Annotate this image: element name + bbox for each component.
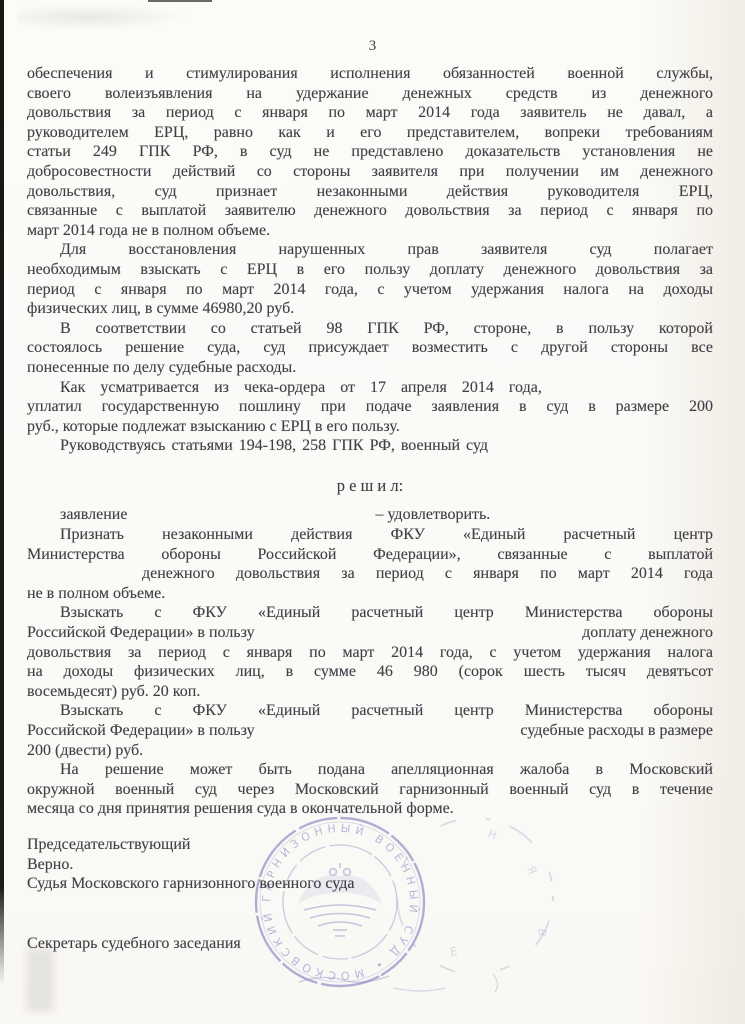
- signature-block: ПредседательствующийВерно.Судья Московск…: [27, 835, 713, 894]
- text-line: Председательствующий: [27, 835, 713, 855]
- paragraph-restoration-of-rights: Для восстановления нарушенных прав заяви…: [27, 240, 713, 318]
- paragraph-article-98: В соответствии со статьей 98 ГПК РФ, сто…: [27, 319, 713, 378]
- text-line: физических лиц, в сумме 46980,20 руб.: [27, 299, 713, 319]
- text-line: Взыскать с ФКУ «Единый расчетный центр М…: [27, 701, 713, 721]
- text-line: Для восстановления нарушенных прав заяви…: [27, 240, 713, 260]
- text-line: уплатил государственную пошлину при пода…: [27, 397, 713, 417]
- text-segment: Российской Федерации» в пользу: [27, 623, 255, 643]
- paragraph-ruling-motivation: обеспечения и стимулирования исполнения …: [27, 64, 713, 240]
- paragraph-check-order: Как усматривается из чека-ордера от 17 а…: [27, 378, 713, 437]
- text-line: период с января по март 2014 года, с уче…: [27, 280, 713, 300]
- scan-streak-artifact: [148, 0, 212, 2]
- text-line: своего волеизъявления на удержание денеж…: [27, 84, 713, 104]
- text-line: Министерства обороны Российской Федераци…: [27, 545, 713, 565]
- text-line: Российской Федерации» в пользудоплату де…: [27, 623, 713, 643]
- text-line: состоялось решение суда, суд присуждает …: [27, 338, 713, 358]
- text-segment: судебные расходы в размере: [520, 721, 713, 741]
- text-line: довольствия за период с января по март 2…: [27, 103, 713, 123]
- scanned-court-decision-page: 3 обеспечения и стимулирования исполнени…: [0, 0, 745, 1024]
- text-line: восемьдесят) руб. 20 коп.: [27, 682, 713, 702]
- text-line: окружной военный суд через Московский га…: [27, 780, 713, 800]
- text-line: руб., которые подлежат взысканию с ЕРЦ в…: [27, 417, 713, 437]
- paragraph-guided-by-articles: Руководствуясь статьями 194-198, 258 ГПК…: [27, 436, 713, 456]
- text-line: довольствия, суд признает незаконными де…: [27, 182, 713, 202]
- text-line: март 2014 года не в полном объеме.: [27, 221, 713, 241]
- text-line: месяца со дня принятия решения суда в ок…: [27, 799, 713, 819]
- text-line: денежного довольствия за период с января…: [27, 564, 713, 584]
- text-segment: Российской Федерации» в пользу: [27, 721, 255, 741]
- text-line: необходимым взыскать с ЕРЦ в его пользу …: [27, 260, 713, 280]
- text-segment: – удовлетворить.: [375, 505, 490, 525]
- text-line: обеспечения и стимулирования исполнения …: [27, 64, 713, 84]
- text-segment: заявление: [60, 505, 127, 525]
- text-line: на доходы физических лиц, в сумме 46 980…: [27, 662, 713, 682]
- paragraph-appeal-procedure: На решение может быть подана апелляционн…: [27, 760, 713, 819]
- text-line: связанные с выплатой заявителю денежного…: [27, 201, 713, 221]
- text-line: Секретарь судебного заседания: [27, 934, 713, 954]
- resolution-heading: р е ш и л:: [27, 476, 713, 496]
- text-line: не в полном объеме.: [27, 584, 713, 604]
- text-line: Российской Федерации» в пользусудебные р…: [27, 721, 713, 741]
- secretary-block: Секретарь судебного заседания: [27, 934, 713, 954]
- text-line: Как усматривается из чека-ордера от 17 а…: [27, 378, 713, 398]
- text-line: довольствия за период с января по март 2…: [27, 643, 713, 663]
- scan-smudge-artifact: [26, 948, 54, 1012]
- text-line: понесенные по делу судебные расходы.: [27, 358, 713, 378]
- text-line: статьи 249 ГПК РФ, в суд не представлено…: [27, 142, 713, 162]
- paragraph-recover-court-costs: Взыскать с ФКУ «Единый расчетный центр М…: [27, 701, 713, 760]
- scan-smudge-artifact: [18, 4, 188, 30]
- text-line: Верно.: [27, 855, 713, 875]
- text-line: добросовестности действий со стороны зая…: [27, 162, 713, 182]
- text-line: 200 (двести) руб.: [27, 741, 713, 761]
- paragraph-declare-unlawful: Признать незаконными действия ФКУ «Едины…: [27, 525, 713, 603]
- redaction-gap: [127, 505, 375, 525]
- document-body: обеспечения и стимулирования исполнения …: [27, 64, 713, 953]
- text-line: На решение может быть подана апелляционн…: [27, 760, 713, 780]
- text-line: Признать незаконными действия ФКУ «Едины…: [27, 525, 713, 545]
- text-line: Взыскать с ФКУ «Единый расчетный центр М…: [27, 603, 713, 623]
- paragraph-recover-allowance: Взыскать с ФКУ «Единый расчетный центр М…: [27, 603, 713, 701]
- scan-edge-artifact: [0, 0, 4, 985]
- text-line: Судья Московского гарнизонного военного …: [27, 874, 713, 894]
- paragraph-application-satisfied: заявление– удовлетворить.: [27, 505, 713, 525]
- text-line: заявление– удовлетворить.: [27, 505, 713, 525]
- text-line: руководителем ЕРЦ, равно как и его предс…: [27, 123, 713, 143]
- text-segment: доплату денежного: [582, 623, 713, 643]
- text-line: Руководствуясь статьями 194-198, 258 ГПК…: [27, 436, 713, 456]
- page-number: 3: [0, 38, 745, 55]
- text-line: В соответствии со статьей 98 ГПК РФ, сто…: [27, 319, 713, 339]
